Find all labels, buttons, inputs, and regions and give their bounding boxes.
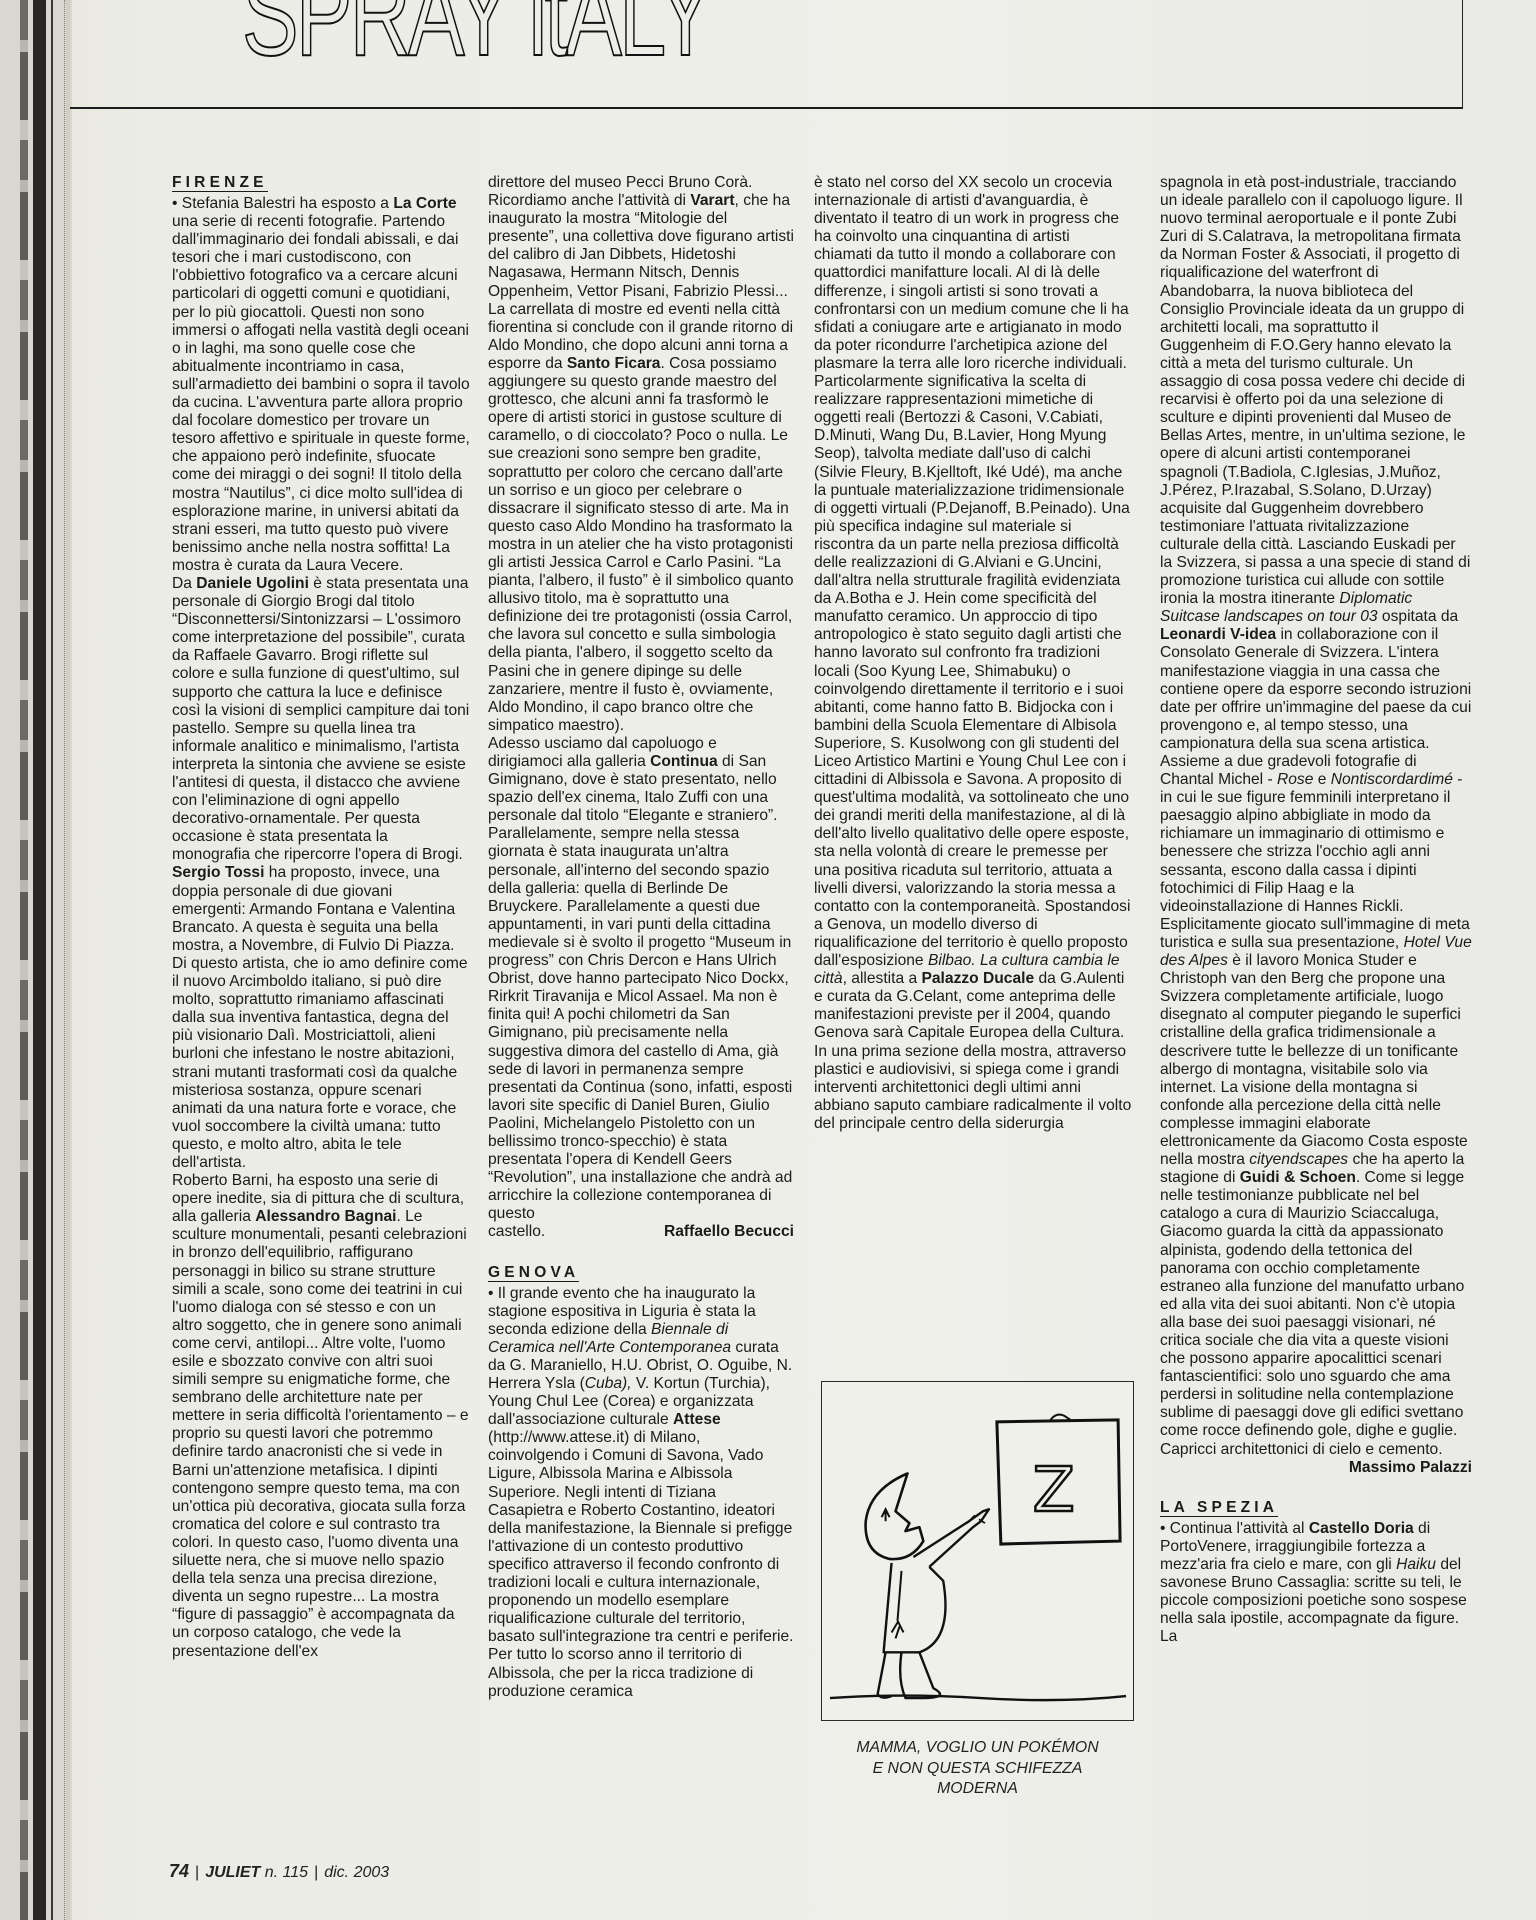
column-2: direttore del museo Pecci Bruno Corà. Ri…	[488, 174, 794, 1701]
paragraph: Particolarmente significativa la scelta …	[814, 373, 1132, 1133]
section-title-la-spezia: LA SPEZIA	[1160, 1499, 1278, 1517]
issue-date: dic. 2003	[324, 1864, 389, 1881]
paragraph: Sergio Tossi ha proposto, invece, una do…	[172, 864, 470, 1172]
article-body: direttore del museo Pecci Bruno Corà. Ri…	[488, 174, 794, 1223]
bold-venue-name: Continua	[650, 753, 718, 770]
binding-strip	[33, 0, 46, 1920]
footer-separator: |	[314, 1864, 318, 1881]
italic-title: Nontiscordardimé	[1331, 771, 1453, 788]
body-text: (http://www.attese.it) di Milano, coinvo…	[488, 1429, 794, 1699]
article-body: spagnola in età post-industriale, tracci…	[1160, 174, 1472, 1459]
bold-venue-name: Varart	[690, 192, 734, 209]
body-text: , allestita a	[843, 970, 922, 987]
bold-venue-name: Palazzo Ducale	[921, 970, 1034, 987]
body-text: è stata presentata una personale di Gior…	[172, 575, 469, 863]
caption-line: MODERNA	[821, 1779, 1134, 1800]
bold-venue-name: Sergio Tossi	[172, 864, 264, 881]
paragraph: è stato nel corso del XX secolo un croce…	[814, 174, 1132, 373]
body-text: . Cosa possiamo aggiungere su questo gra…	[488, 355, 794, 734]
body-text: . Le sculture monumentali, pesanti celeb…	[172, 1208, 469, 1659]
binding-strip	[64, 0, 70, 1920]
bold-venue-name: Guidi & Schoen	[1240, 1169, 1356, 1186]
body-text: spagnola in età post-industriale, tracci…	[1160, 174, 1470, 607]
article-body: • Il grande evento che ha inaugurato la …	[488, 1285, 794, 1701]
page-footer: 74|JULIET n. 115|dic. 2003	[169, 1861, 389, 1882]
italic-title: Rose	[1277, 771, 1313, 788]
column-1: FIRENZE • Stefania Balestri ha esposto a…	[172, 174, 470, 1661]
bold-venue-name: Attese	[673, 1411, 721, 1428]
page-binding	[0, 0, 72, 1920]
body-text: - in cui le sue figure femminili interpr…	[1160, 771, 1470, 951]
body-text: Da	[172, 575, 196, 592]
binding-strip	[20, 0, 28, 1920]
magazine-name: JULIET	[205, 1864, 260, 1881]
column-4: spagnola in età post-industriale, tracci…	[1160, 174, 1472, 1646]
article-body: • Continua l'attività al Castello Doria …	[1160, 1520, 1472, 1647]
body-text: castello.	[488, 1223, 545, 1241]
cartoon-illustration: Z	[821, 1381, 1134, 1721]
article-end-with-signature: castello. Raffaello Becucci	[488, 1223, 794, 1241]
caption-line: E NON QUESTA SCHIFEZZA	[821, 1759, 1134, 1780]
bold-venue-name: Daniele Ugolini	[196, 575, 309, 592]
article-body: è stato nel corso del XX secolo un croce…	[814, 174, 1132, 1133]
body-text: • Stefania Balestri ha esposto a	[172, 195, 393, 212]
masthead-box: SPRAY itALY	[70, 0, 1463, 109]
bold-venue-name: Castello Doria	[1309, 1520, 1414, 1537]
footer-separator: |	[195, 1864, 199, 1881]
binding-strip	[51, 0, 53, 1920]
magazine-page: SPRAY itALY FIRENZE • Stefania Balestri …	[0, 0, 1536, 1920]
paragraph: Adesso usciamo dal capoluogo e dirigiamo…	[488, 735, 794, 1224]
body-text: Particolarmente significativa la scelta …	[814, 373, 1130, 969]
paragraph: Roberto Barni, ha esposto una serie di o…	[172, 1172, 470, 1661]
author-signature: Raffaello Becucci	[664, 1223, 794, 1241]
italic-title: Cuba),	[585, 1375, 632, 1392]
body-text: • Continua l'attività al	[1160, 1520, 1309, 1537]
cartoon-caption: MAMMA, VOGLIO UN POKÉMON E NON QUESTA SC…	[821, 1738, 1134, 1800]
body-text: una serie di recenti fotografie. Partend…	[172, 213, 470, 574]
body-text: da G.Aulenti e curata da G.Celant, come …	[814, 970, 1131, 1132]
paragraph: direttore del museo Pecci Bruno Corà. Ri…	[488, 174, 794, 301]
paragraph: • Stefania Balestri ha esposto a La Cort…	[172, 195, 470, 575]
italic-title: cityendscapes	[1249, 1151, 1348, 1168]
issue-number: n. 115	[265, 1864, 308, 1881]
italic-title: Haiku	[1396, 1556, 1436, 1573]
bold-venue-name: Leonardi V-idea	[1160, 626, 1276, 643]
body-text: ospitata da	[1378, 608, 1459, 625]
article-body: • Stefania Balestri ha esposto a La Cort…	[172, 195, 470, 1661]
bold-venue-name: La Corte	[393, 195, 456, 212]
painting-glyph: Z	[1033, 1454, 1075, 1526]
section-title-firenze: FIRENZE	[172, 174, 268, 192]
caption-line: MAMMA, VOGLIO UN POKÉMON	[821, 1738, 1134, 1759]
paragraph: • Continua l'attività al Castello Doria …	[1160, 1520, 1472, 1647]
bold-venue-name: Alessandro Bagnai	[255, 1208, 396, 1225]
body-text: è stato nel corso del XX secolo un croce…	[814, 174, 1129, 372]
cartoon-drawing: Z	[822, 1382, 1133, 1720]
body-text: . Come si legge nelle testimonianze pubb…	[1160, 1169, 1464, 1457]
paragraph: La carrellata di mostre ed eventi nella …	[488, 301, 794, 735]
body-text: di San Gimignano, dove è stato presentat…	[488, 753, 792, 1222]
bold-venue-name: Santo Ficara	[567, 355, 661, 372]
body-text: in collaborazione con il Consolato Gener…	[1160, 626, 1471, 788]
body-text: ha proposto, invece, una doppia personal…	[172, 864, 468, 1171]
column-3: è stato nel corso del XX secolo un croce…	[814, 174, 1132, 1133]
paragraph: • Il grande evento che ha inaugurato la …	[488, 1285, 794, 1701]
section-title-genova: GENOVA	[488, 1264, 579, 1282]
paragraph: Da Daniele Ugolini è stata presentata un…	[172, 575, 470, 865]
body-text: è il lavoro Monica Studer e Christoph va…	[1160, 952, 1468, 1168]
body-text: e	[1313, 771, 1330, 788]
author-signature: Massimo Palazzi	[1160, 1459, 1472, 1477]
masthead-title: SPRAY itALY	[242, 0, 711, 74]
paragraph: spagnola in età post-industriale, tracci…	[1160, 174, 1472, 1459]
page-number: 74	[169, 1861, 189, 1881]
